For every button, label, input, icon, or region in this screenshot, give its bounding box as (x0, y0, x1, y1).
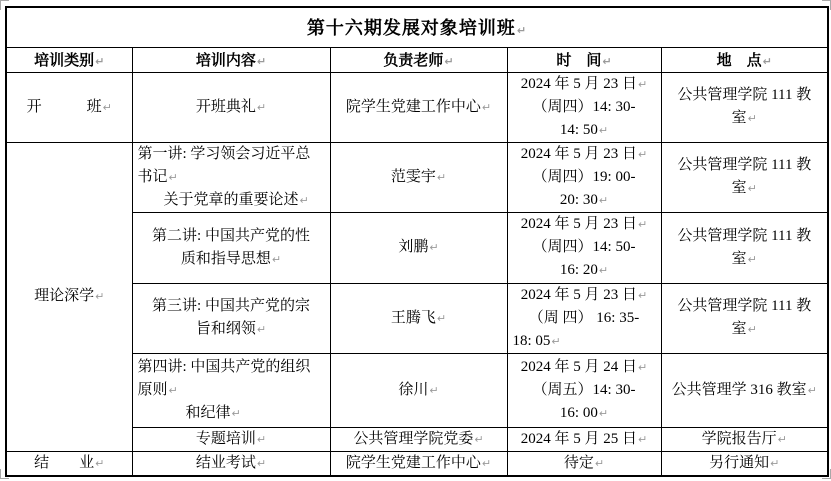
cell-place: 学院报告厅↵ (661, 427, 828, 451)
cell-place: 另行通知↵ (661, 451, 828, 476)
paragraph-mark-icon: ↵ (169, 384, 178, 397)
cell-time: 待定↵ (507, 451, 661, 476)
paragraph-mark-icon: ↵ (482, 101, 491, 114)
cell-place: 公共管理学院 111 教室↵ (661, 142, 828, 212)
cell-place: 公共管理学院 111 教室↵ (661, 283, 828, 353)
cell-content: 结业考试↵ (132, 451, 330, 476)
paragraph-mark-icon: ↵ (272, 253, 281, 266)
paragraph-mark-icon: ↵ (257, 457, 266, 470)
text-line: 结业考试↵ (136, 452, 327, 475)
paragraph-mark-icon: ↵ (778, 433, 787, 446)
cell-content: 专题培训↵ (132, 427, 330, 451)
text-line: 14: 50↵ (511, 119, 658, 142)
training-schedule-table: 第十六期发展对象培训班↵ 培训类别↵ 培训内容↵ 负责老师↵ 时 间↵ 地 点↵… (5, 6, 829, 477)
paragraph-mark-icon: ↵ (595, 457, 604, 470)
text-line: （周四）19: 00- (511, 166, 658, 189)
text-line: （周五）14: 30- (511, 379, 658, 402)
text-line: 公共管理学院 111 教 (665, 154, 825, 177)
paragraph-mark-icon: ↵ (257, 433, 266, 446)
text-line: （周四）14: 30- (511, 96, 658, 119)
header-content: 培训内容↵ (132, 47, 330, 72)
cell-content: 开班典礼↵ (132, 72, 330, 142)
paragraph-mark-icon: ↵ (638, 361, 647, 374)
paragraph-mark-icon: ↵ (748, 253, 757, 266)
table-title: 第十六期发展对象培训班↵ (6, 7, 828, 47)
paragraph-mark-icon: ↵ (748, 323, 757, 336)
paragraph-mark-icon: ↵ (638, 433, 647, 446)
text-line: 2024 年 5 月 23 日↵ (511, 73, 658, 96)
text-line: 结 业↵ (10, 452, 129, 475)
cell-place: 公共管理学院 111 教室↵ (661, 212, 828, 283)
paragraph-mark-icon: ↵ (602, 55, 611, 68)
cell-place: 公共管理学 316 教室↵ (661, 353, 828, 427)
cell-content: 第二讲: 中国共产党的性质和指导思想↵ (132, 212, 330, 283)
text-line: 室↵ (665, 177, 825, 200)
text-line: 待定↵ (511, 452, 658, 475)
table-row: 结 业↵结业考试↵院学生党建工作中心↵待定↵另行通知↵ (6, 451, 828, 476)
cell-content: 第三讲: 中国共产党的宗旨和纲领↵ (132, 283, 330, 353)
paragraph-mark-icon: ↵ (257, 55, 266, 68)
document-page: 第十六期发展对象培训班↵ 培训类别↵ 培训内容↵ 负责老师↵ 时 间↵ 地 点↵… (0, 0, 831, 481)
table-row: 理论深学↵第一讲: 学习领会习近平总书记↵关于党章的重要论述↵范雯宇↵2024 … (6, 142, 828, 212)
table-row: 开 班↵开班典礼↵院学生党建工作中心↵2024 年 5 月 23 日↵（周四）1… (6, 72, 828, 142)
text-line: 旨和纲领↵ (136, 318, 327, 341)
text-line: 第四讲: 中国共产党的组织 (136, 356, 327, 379)
text-line: 书记↵ (136, 166, 327, 189)
cell-place: 公共管理学院 111 教室↵ (661, 72, 828, 142)
text-line: 2024 年 5 月 24 日↵ (511, 356, 658, 379)
cell-teacher: 刘鹏↵ (330, 212, 507, 283)
cell-time: 2024 年 5 月 23 日↵（周 四） 16: 35-18: 05↵ (507, 283, 661, 353)
cell-teacher: 院学生党建工作中心↵ (330, 72, 507, 142)
cell-category: 开 班↵ (6, 72, 132, 142)
text-line: 2024 年 5 月 23 日↵ (511, 143, 658, 166)
paragraph-mark-icon: ↵ (482, 457, 491, 470)
text-line: 理论深学↵ (10, 285, 129, 308)
header-category: 培训类别↵ (6, 47, 132, 72)
text-line: 院学生党建工作中心↵ (334, 452, 504, 475)
text-line: 公共管理学院 111 教 (665, 84, 825, 107)
table-header-row: 培训类别↵ 培训内容↵ 负责老师↵ 时 间↵ 地 点↵ (6, 47, 828, 72)
cell-time: 2024 年 5 月 23 日↵（周四）19: 00-20: 30↵ (507, 142, 661, 212)
table-title-text: 第十六期发展对象培训班 (307, 18, 516, 38)
paragraph-mark-icon: ↵ (638, 218, 647, 231)
cell-teacher: 王腾飞↵ (330, 283, 507, 353)
text-line: 2024 年 5 月 25 日↵ (511, 428, 658, 451)
cell-teacher: 公共管理学院党委↵ (330, 427, 507, 451)
text-line: 2024 年 5 月 23 日↵ (511, 213, 658, 236)
cell-time: 2024 年 5 月 24 日↵（周五）14: 30-16: 00↵ (507, 353, 661, 427)
text-line: 2024 年 5 月 23 日↵ (511, 284, 658, 307)
paragraph-mark-icon: ↵ (638, 289, 647, 302)
text-line: 第三讲: 中国共产党的宗 (136, 295, 327, 318)
cell-teacher: 徐川↵ (330, 353, 507, 427)
cell-teacher: 范雯宇↵ (330, 142, 507, 212)
text-line: （周 四） 16: 35- (511, 307, 658, 330)
text-line: 开 班↵ (10, 96, 129, 119)
cell-time: 2024 年 5 月 25 日↵ (507, 427, 661, 451)
paragraph-mark-icon: ↵ (232, 407, 241, 420)
paragraph-mark-icon: ↵ (95, 55, 104, 68)
paragraph-mark-icon: ↵ (300, 194, 309, 207)
text-line: 专题培训↵ (136, 428, 327, 451)
paragraph-mark-icon: ↵ (748, 112, 757, 125)
paragraph-mark-icon: ↵ (169, 171, 178, 184)
paragraph-mark-icon: ↵ (517, 24, 527, 37)
text-line: 室↵ (665, 248, 825, 271)
text-line: 第一讲: 学习领会习近平总 (136, 143, 327, 166)
paragraph-mark-icon: ↵ (95, 457, 104, 470)
text-line: 公共管理学院党委↵ (334, 428, 504, 451)
text-line: 室↵ (665, 107, 825, 130)
paragraph-mark-icon: ↵ (257, 323, 266, 336)
paragraph-mark-icon: ↵ (437, 171, 446, 184)
text-line: 刘鹏↵ (334, 236, 504, 259)
paragraph-mark-icon: ↵ (763, 55, 772, 68)
text-line: 16: 20↵ (511, 259, 658, 282)
text-line: 关于党章的重要论述↵ (136, 189, 327, 212)
text-line: 第二讲: 中国共产党的性 (136, 225, 327, 248)
cell-teacher: 院学生党建工作中心↵ (330, 451, 507, 476)
text-line: 质和指导思想↵ (136, 248, 327, 271)
table-title-row: 第十六期发展对象培训班↵ (6, 7, 828, 47)
paragraph-mark-icon: ↵ (429, 241, 438, 254)
cell-content: 第一讲: 学习领会习近平总书记↵关于党章的重要论述↵ (132, 142, 330, 212)
text-line: 公共管理学院 111 教 (665, 225, 825, 248)
paragraph-mark-icon: ↵ (257, 101, 266, 114)
cell-time: 2024 年 5 月 23 日↵（周四）14: 30-14: 50↵ (507, 72, 661, 142)
text-line: 公共管理学院 111 教 (665, 295, 825, 318)
paragraph-mark-icon: ↵ (429, 384, 438, 397)
text-line: 院学生党建工作中心↵ (334, 96, 504, 119)
cell-category: 结 业↵ (6, 451, 132, 476)
text-line: 16: 00↵ (511, 402, 658, 425)
text-line: 王腾飞↵ (334, 307, 504, 330)
paragraph-mark-icon: ↵ (437, 312, 446, 325)
paragraph-mark-icon: ↵ (638, 148, 647, 161)
text-line: 学院报告厅↵ (665, 428, 825, 451)
paragraph-mark-icon: ↵ (95, 290, 104, 303)
text-line: 和纪律↵ (136, 402, 327, 425)
paragraph-mark-icon: ↵ (770, 457, 779, 470)
header-time: 时 间↵ (507, 47, 661, 72)
paragraph-mark-icon: ↵ (103, 101, 112, 114)
cell-category: 理论深学↵ (6, 142, 132, 451)
text-line: 原则↵ (136, 379, 327, 402)
table-body: 开 班↵开班典礼↵院学生党建工作中心↵2024 年 5 月 23 日↵（周四）1… (6, 72, 828, 476)
paragraph-mark-icon: ↵ (638, 78, 647, 91)
paragraph-mark-icon: ↵ (444, 55, 453, 68)
text-line: 另行通知↵ (665, 452, 825, 475)
paragraph-mark-icon: ↵ (808, 384, 817, 397)
cell-content: 第四讲: 中国共产党的组织原则↵和纪律↵ (132, 353, 330, 427)
text-line: 公共管理学 316 教室↵ (665, 379, 825, 402)
text-line: （周四）14: 50- (511, 236, 658, 259)
cell-time: 2024 年 5 月 23 日↵（周四）14: 50-16: 20↵ (507, 212, 661, 283)
paragraph-mark-icon: ↵ (474, 433, 483, 446)
paragraph-mark-icon: ↵ (599, 407, 608, 420)
text-line: 室↵ (665, 318, 825, 341)
text-line: 20: 30↵ (511, 189, 658, 212)
text-line: 18: 05↵ (511, 330, 658, 353)
paragraph-mark-icon: ↵ (599, 124, 608, 137)
paragraph-mark-icon: ↵ (748, 182, 757, 195)
paragraph-mark-icon: ↵ (599, 264, 608, 277)
paragraph-mark-icon: ↵ (551, 335, 560, 348)
text-line: 开班典礼↵ (136, 96, 327, 119)
text-line: 范雯宇↵ (334, 166, 504, 189)
text-line: 徐川↵ (334, 379, 504, 402)
paragraph-mark-icon: ↵ (599, 194, 608, 207)
header-teacher: 负责老师↵ (330, 47, 507, 72)
header-place: 地 点↵ (661, 47, 828, 72)
